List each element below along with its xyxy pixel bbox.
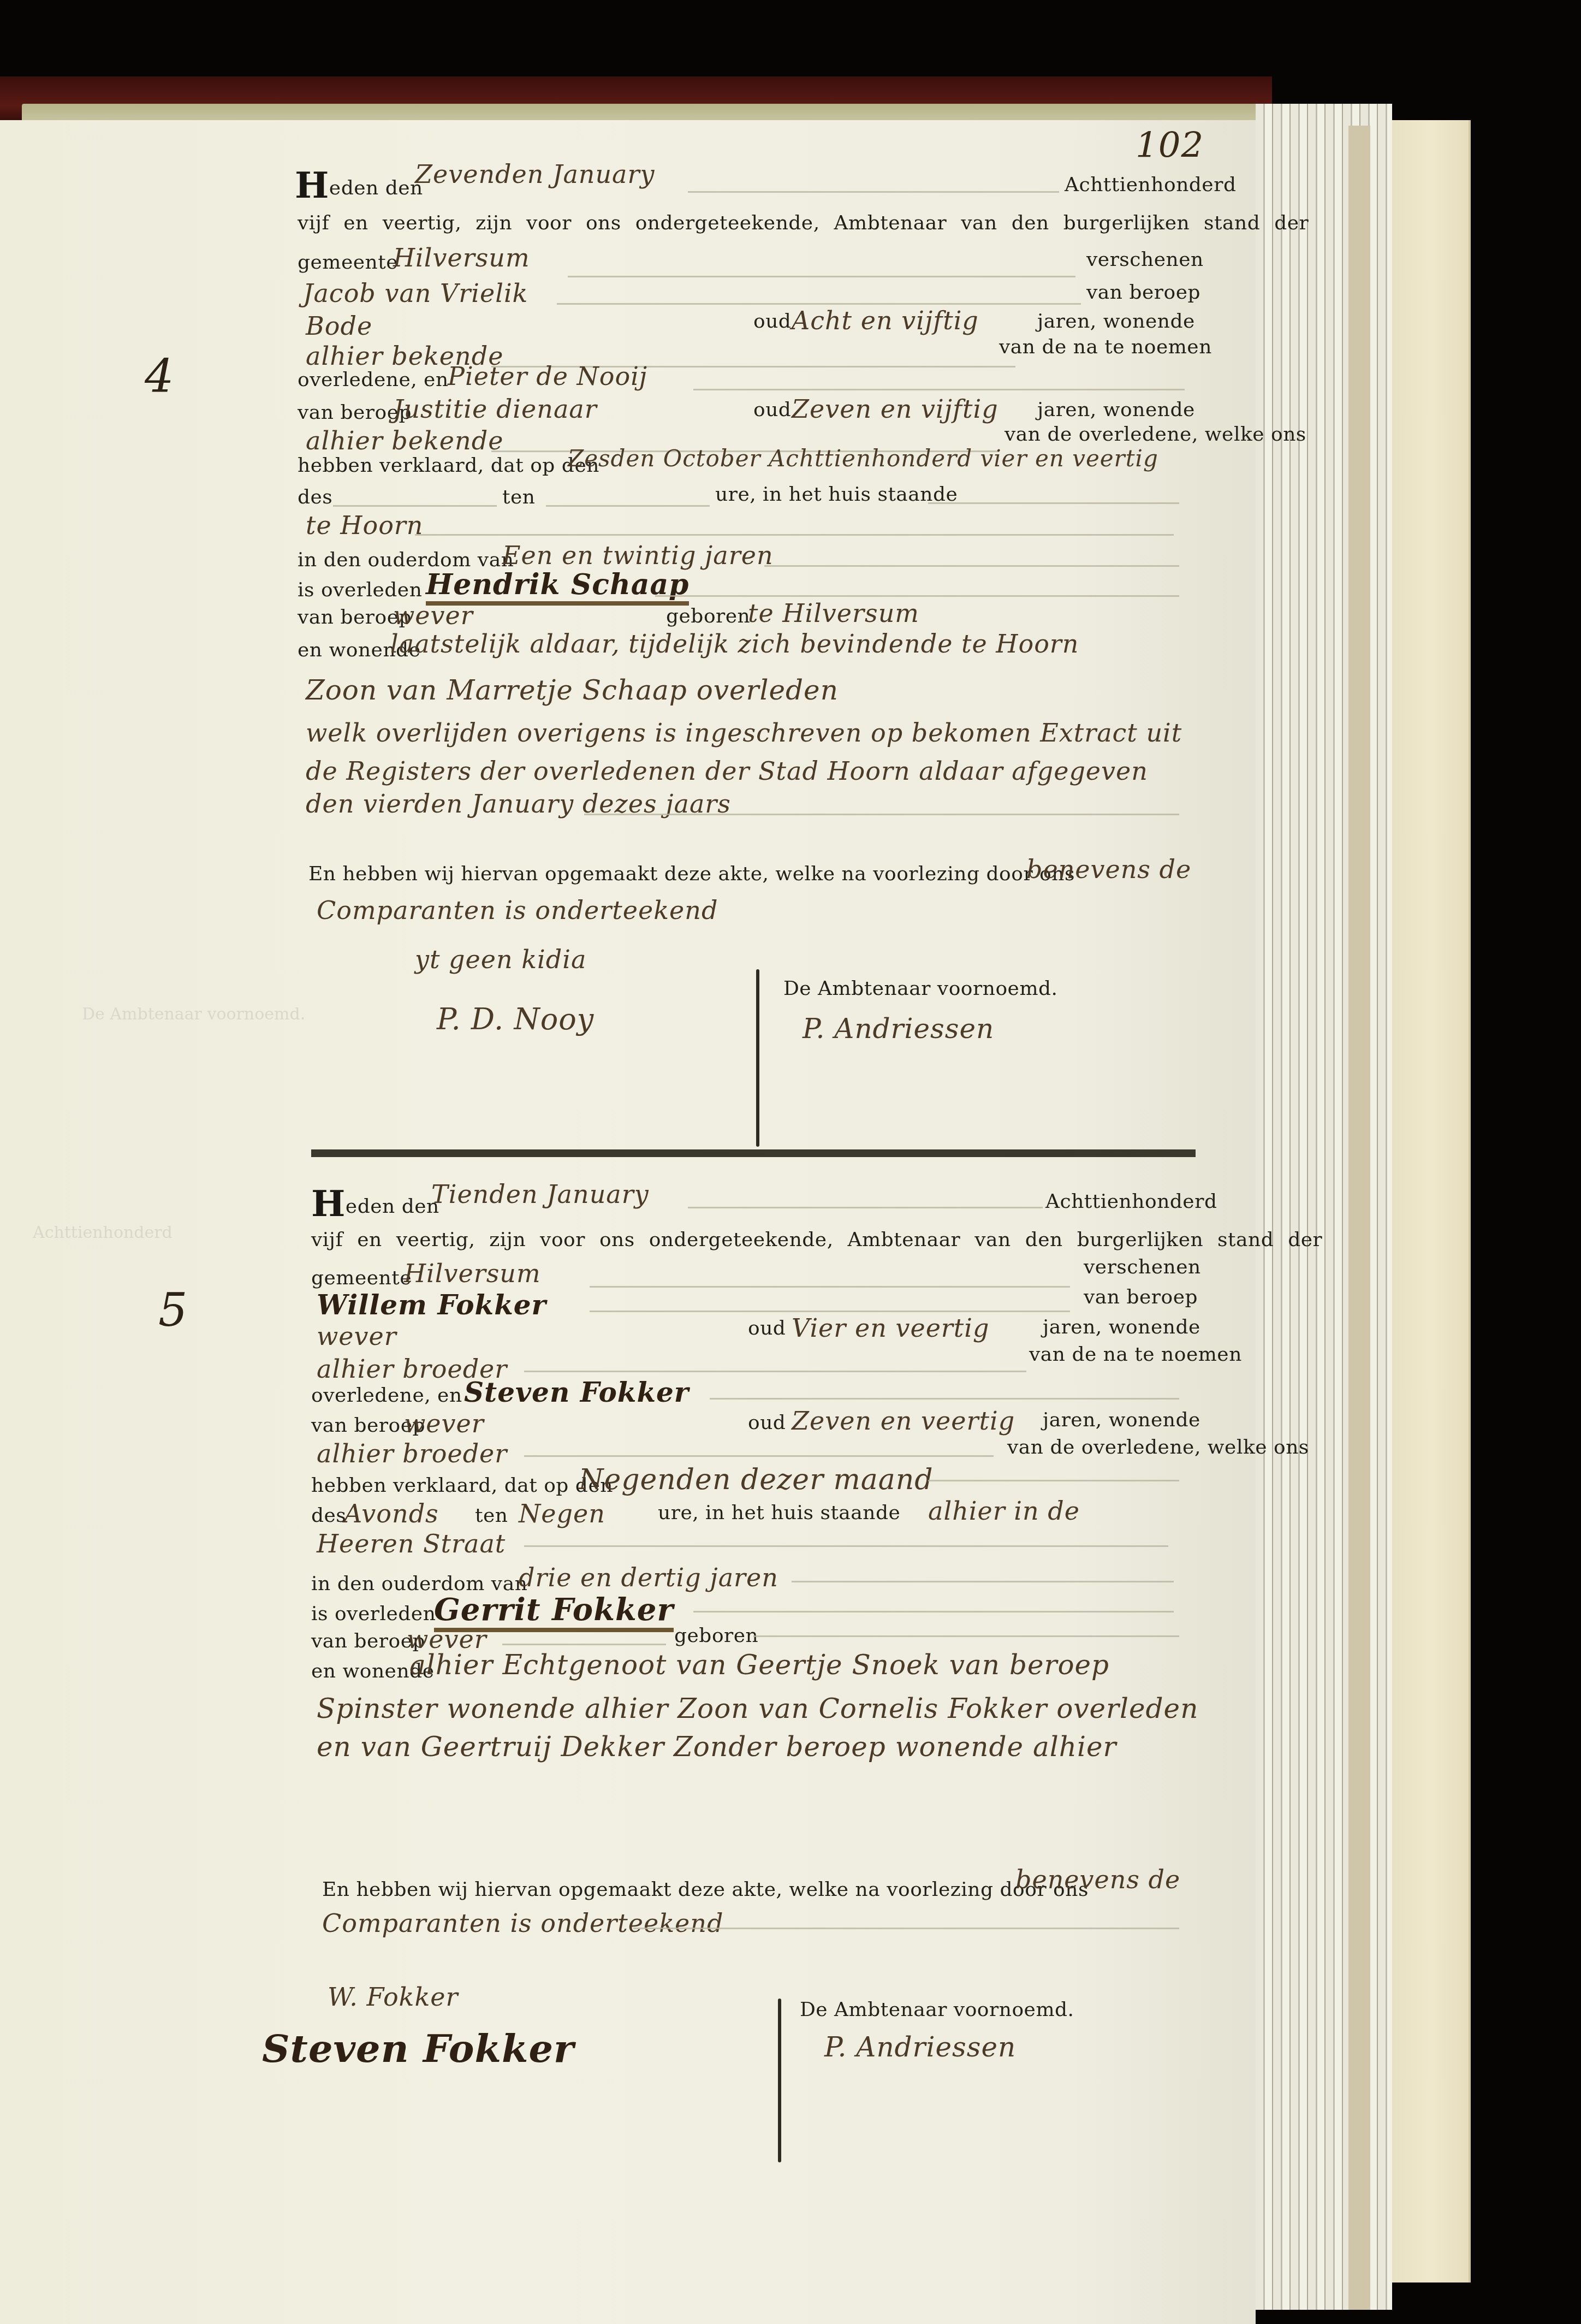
record-date: Tienden January bbox=[431, 1179, 649, 1209]
witness2-name: Pieter de Nooij bbox=[448, 361, 647, 391]
witness-signature: Steven Fokker bbox=[262, 2026, 574, 2071]
death-location-prefix: alhier in de bbox=[928, 1496, 1080, 1526]
printed-text: geboren bbox=[674, 1625, 758, 1647]
printed-text: oud bbox=[748, 1412, 786, 1434]
printed-text: gemeente bbox=[298, 251, 398, 274]
fill-line bbox=[693, 1611, 1174, 1612]
printed-text: En hebben wij hiervan opgemaakt deze akt… bbox=[308, 863, 1075, 885]
printed-text: jaren, wonende bbox=[1037, 310, 1195, 333]
printed-text: van beroep bbox=[1086, 281, 1200, 304]
signature-brace bbox=[778, 1999, 781, 2162]
fill-line bbox=[546, 505, 710, 507]
fill-line bbox=[928, 502, 1179, 504]
printed-text: verschenen bbox=[1086, 248, 1204, 271]
printed-text: jaren, wonende bbox=[1043, 1409, 1200, 1431]
fill-line bbox=[633, 1928, 1179, 1929]
printed-text: gemeente bbox=[311, 1267, 412, 1289]
death-date: Negenden dezer maand bbox=[579, 1463, 934, 1496]
page-stack-shade bbox=[1348, 126, 1370, 2310]
witness1-name: Jacob van Vrielik bbox=[303, 278, 528, 308]
printed-text: is overleden bbox=[298, 579, 422, 601]
annotation-line: welk overlijden overigens is ingeschreve… bbox=[306, 718, 1182, 748]
printed-text: En hebben wij hiervan opgemaakt deze akt… bbox=[322, 1878, 1089, 1901]
printed-text: overledene, en bbox=[298, 369, 449, 391]
printed-text: des bbox=[311, 1504, 346, 1527]
witness1-occupation: Bode bbox=[306, 311, 372, 341]
deceased-age: drie en dertig jaren bbox=[519, 1563, 778, 1592]
printed-text: vijf en veertig, zijn voor ons ondergete… bbox=[311, 1229, 1322, 1251]
official-signature: P. Andriessen bbox=[824, 2031, 1016, 2063]
printed-text: ten bbox=[502, 486, 535, 508]
printed-text: van de overledene, welke ons bbox=[1005, 423, 1306, 446]
printed-text: van beroep bbox=[1084, 1286, 1198, 1308]
closing-text: Comparanten is onderteekend bbox=[322, 1908, 723, 1938]
deceased-occupation: wever bbox=[393, 601, 473, 630]
fill-line bbox=[655, 595, 1179, 597]
printed-text: hebben verklaard, dat op den bbox=[298, 454, 599, 477]
fill-line bbox=[764, 565, 1179, 567]
deceased-residence: laatstelijk aldaar, tijdelijk zich bevin… bbox=[390, 629, 1079, 659]
printed-text: vijf en veertig, zijn voor ons ondergete… bbox=[298, 212, 1309, 234]
fill-line bbox=[928, 1480, 1179, 1481]
bleed-through-text: Achttienhonderd bbox=[33, 1223, 173, 1242]
dropcap: H bbox=[311, 1182, 346, 1225]
printed-text: ure, in het huis staande bbox=[715, 483, 958, 506]
fill-line bbox=[590, 1311, 1070, 1312]
fill-line bbox=[693, 389, 1185, 390]
fill-line bbox=[792, 1581, 1174, 1582]
death-time-period: Avonds bbox=[344, 1499, 439, 1528]
printed-text: des bbox=[298, 486, 332, 508]
witness2-name: Steven Fokker bbox=[464, 1376, 689, 1408]
closing-text: benevens de bbox=[1026, 855, 1191, 884]
fill-line bbox=[568, 276, 1075, 277]
record-number: 5 bbox=[158, 1283, 187, 1337]
printed-text: is overleden bbox=[311, 1603, 436, 1625]
witness1-name: Willem Fokker bbox=[317, 1289, 546, 1321]
record-heading: Heden den bbox=[295, 164, 423, 206]
record-heading: Heden den bbox=[311, 1182, 439, 1225]
witness1-occupation: wever bbox=[317, 1321, 397, 1351]
witness2-age: Zeven en vijftig bbox=[792, 394, 998, 424]
dropcap: H bbox=[295, 164, 329, 206]
fill-line bbox=[753, 1635, 1179, 1637]
official-label: De Ambtenaar voornoemd. bbox=[783, 977, 1058, 1000]
witness2-occupation: Justitie dienaar bbox=[393, 394, 597, 424]
fill-line bbox=[557, 303, 1081, 305]
witness2-occupation: wever bbox=[404, 1409, 484, 1438]
printed-text: jaren, wonende bbox=[1043, 1316, 1200, 1338]
fill-line bbox=[590, 1286, 1070, 1288]
fill-line bbox=[524, 1371, 1026, 1372]
fill-line bbox=[502, 1644, 666, 1645]
deceased-age: Een en twintig jaren bbox=[502, 541, 774, 570]
death-date: Zesden October Achttienhonderd vier en v… bbox=[568, 445, 1158, 472]
fill-line bbox=[524, 1455, 994, 1457]
printed-text: van de na te noemen bbox=[1029, 1343, 1242, 1366]
gemeente-value: Hilversum bbox=[404, 1259, 541, 1288]
signature-brace bbox=[756, 969, 759, 1147]
witness1-age: Acht en vijftig bbox=[792, 306, 979, 335]
annotation-line: de Registers der overledenen der Stad Ho… bbox=[306, 756, 1148, 786]
official-signature: P. Andriessen bbox=[803, 1013, 994, 1045]
annotation-line: en van Geertruij Dekker Zonder beroep wo… bbox=[317, 1731, 1117, 1763]
birthplace: te Hilversum bbox=[748, 598, 919, 628]
record-separator bbox=[311, 1149, 1196, 1157]
record-number: 4 bbox=[145, 349, 174, 403]
printed-text: hebben verklaard, dat op den bbox=[311, 1474, 613, 1497]
witness-signature: P. D. Nooy bbox=[437, 1002, 594, 1036]
witness-signature: W. Fokker bbox=[328, 1982, 459, 2012]
deceased-residence: alhier Echtgenoot van Geertje Snoek van … bbox=[409, 1649, 1109, 1681]
fill-line bbox=[415, 534, 1174, 536]
record-date: Zevenden January bbox=[415, 159, 655, 189]
witness2-residence: alhier bekende bbox=[306, 426, 503, 455]
printed-text: Achttienhonderd bbox=[1065, 174, 1236, 196]
printed-text: overledene, en bbox=[311, 1384, 462, 1407]
printed-text: van de na te noemen bbox=[999, 336, 1212, 358]
death-location: te Hoorn bbox=[306, 511, 423, 540]
paper-insert bbox=[1392, 120, 1471, 2282]
annotation-line: Zoon van Marretje Schaap overleden bbox=[306, 674, 839, 706]
witness2-residence: alhier broeder bbox=[317, 1439, 507, 1468]
witness1-age: Vier en veertig bbox=[792, 1313, 990, 1343]
printed-text: van de overledene, welke ons bbox=[1007, 1436, 1309, 1459]
annotation-line: Spinster wonende alhier Zoon van Corneli… bbox=[317, 1693, 1198, 1724]
witness-signature: yt geen kidia bbox=[415, 945, 586, 974]
bleed-through-text: De Ambtenaar voornoemd. bbox=[82, 1005, 305, 1024]
fill-line bbox=[524, 1545, 1168, 1547]
gemeente-value: Hilversum bbox=[393, 243, 530, 272]
printed-text: oud bbox=[753, 310, 791, 333]
death-hour: Negen bbox=[519, 1499, 605, 1528]
printed-text: oud bbox=[748, 1317, 786, 1339]
fill-line bbox=[710, 1398, 1179, 1400]
fill-line bbox=[584, 814, 1179, 815]
witness2-age: Zeven en veertig bbox=[792, 1406, 1015, 1436]
folio-number: 102 bbox=[1136, 126, 1204, 166]
closing-text: benevens de bbox=[1015, 1865, 1180, 1894]
fill-line bbox=[333, 505, 497, 507]
fill-line bbox=[688, 191, 1059, 193]
printed-text: jaren, wonende bbox=[1037, 399, 1195, 421]
printed-text: oud bbox=[753, 399, 791, 421]
printed-text: verschenen bbox=[1084, 1256, 1201, 1278]
official-label: De Ambtenaar voornoemd. bbox=[800, 1999, 1074, 2021]
printed-text: geboren bbox=[666, 605, 750, 627]
printed-text: ten bbox=[475, 1504, 508, 1527]
closing-text: Comparanten is onderteekend bbox=[317, 896, 718, 925]
deceased-name: Hendrik Schaap bbox=[426, 568, 689, 606]
printed-text: Achttienhonderd bbox=[1045, 1190, 1217, 1213]
fill-line bbox=[688, 1207, 1043, 1208]
printed-text: ure, in het huis staande bbox=[658, 1502, 900, 1524]
death-location: Heeren Straat bbox=[317, 1529, 506, 1558]
